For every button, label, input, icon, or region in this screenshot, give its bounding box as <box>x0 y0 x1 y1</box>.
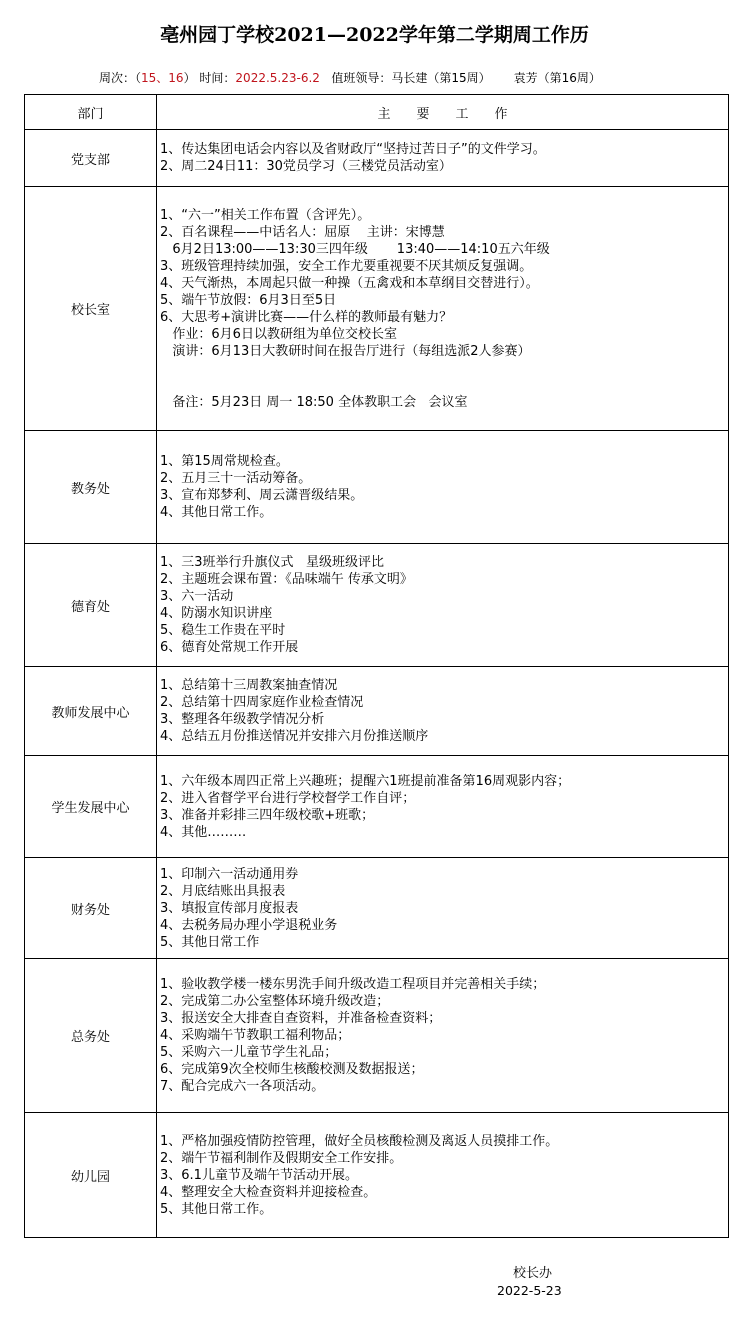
work-item: 1、总结第十三周教案抽查情况 <box>160 677 728 694</box>
table-row: 财务处1、印制六一活动通用券2、月底结账出具报表3、填报宣传部月度报表4、去税务… <box>25 858 729 959</box>
work-cell: 1、严格加强疫情防控管理，做好全员核酸检测及离返人员摸排工作。2、端午节福利制作… <box>157 1113 729 1238</box>
header-work-label: 主要工作 <box>351 107 533 122</box>
work-item: 3、六一活动 <box>160 588 728 605</box>
week-value: 15、16 <box>141 71 184 85</box>
dept-cell: 教务处 <box>25 431 157 544</box>
table-header-row: 部门 主要工作 <box>25 95 729 130</box>
work-item: 4、防溺水知识讲座 <box>160 605 728 622</box>
table-row: 教师发展中心1、总结第十三周教案抽查情况2、总结第十四周家庭作业检查情况3、整理… <box>25 667 729 756</box>
work-item: 6、完成第9次全校师生核酸校测及数据报送； <box>160 1061 728 1078</box>
dept-cell: 德育处 <box>25 544 157 667</box>
work-item: 5、其他日常工作 <box>160 934 728 951</box>
dept-cell: 教师发展中心 <box>25 667 157 756</box>
work-item: 4、其他日常工作。 <box>160 504 728 521</box>
work-item: 7、配合完成六一各项活动。 <box>160 1078 728 1095</box>
work-item: 2、主题班会课布置：《品味端午 传承文明》 <box>160 571 728 588</box>
work-item <box>160 377 728 394</box>
table-body: 党支部1、传达集团电话会内容以及省财政厅“坚持过苦日子”的文件学习。2、周二24… <box>25 130 729 1238</box>
work-cell: 1、验收教学楼一楼东男洗手间升级改造工程项目并完善相关手续；2、完成第二办公室整… <box>157 959 729 1113</box>
duty-leader-week15: 马长建（第15周） <box>391 71 490 85</box>
duty-label: 值班领导： <box>331 71 391 85</box>
work-item: 6、德育处常规工作开展 <box>160 639 728 656</box>
work-item: 1、“六一”相关工作布置（含评先）。 <box>160 207 728 224</box>
work-item: 2、月底结账出具报表 <box>160 883 728 900</box>
footer-org: 校长办 <box>513 1262 552 1281</box>
work-item: 2、端午节福利制作及假期安全工作安排。 <box>160 1150 728 1167</box>
work-item: 3、6.1儿童节及端午节活动开展。 <box>160 1167 728 1184</box>
work-item: 1、三3班举行升旗仪式 星级班级评比 <box>160 554 728 571</box>
work-item: 1、验收教学楼一楼东男洗手间升级改造工程项目并完善相关手续； <box>160 976 728 993</box>
dept-cell: 学生发展中心 <box>25 756 157 858</box>
work-item: 4、整理安全大检查资料并迎接检查。 <box>160 1184 728 1201</box>
work-item: 4、总结五月份推送情况并安排六月份推送顺序 <box>160 728 728 745</box>
work-item: 3、填报宣传部月度报表 <box>160 900 728 917</box>
header-work: 主要工作 <box>157 95 729 130</box>
work-item: 2、总结第十四周家庭作业检查情况 <box>160 694 728 711</box>
dept-cell: 幼儿园 <box>25 1113 157 1238</box>
week-close: ） <box>184 71 196 85</box>
work-item: 4、其他……… <box>160 824 728 841</box>
header-dept: 部门 <box>25 95 157 130</box>
week-label: 周次：（ <box>99 71 141 85</box>
dept-cell: 党支部 <box>25 130 157 187</box>
dept-cell: 总务处 <box>25 959 157 1113</box>
work-calendar-table: 部门 主要工作 党支部1、传达集团电话会内容以及省财政厅“坚持过苦日子”的文件学… <box>24 94 729 1238</box>
work-item: 2、进入省督学平台进行学校督学工作自评； <box>160 790 728 807</box>
work-item: 6、大思考+演讲比赛——什么样的教师最有魅力？ <box>160 309 728 326</box>
work-cell: 1、“六一”相关工作布置（含评先）。2、百名课程——中话名人：屈原 主讲：宋博慧… <box>157 187 729 431</box>
work-cell: 1、印制六一活动通用券2、月底结账出具报表3、填报宣传部月度报表4、去税务局办理… <box>157 858 729 959</box>
work-item <box>160 360 728 377</box>
work-item: 5、稳生工作贵在平时 <box>160 622 728 639</box>
work-item: 6月2日13:00——13:30三四年级 13:40——14:10五六年级 <box>160 241 728 258</box>
table-row: 学生发展中心1、六年级本周四正常上兴趣班；提醒六1班提前准备第16周观影内容；2… <box>25 756 729 858</box>
work-item: 3、班级管理持续加强，安全工作尤要重视要不厌其烦反复强调。 <box>160 258 728 275</box>
work-cell: 1、六年级本周四正常上兴趣班；提醒六1班提前准备第16周观影内容；2、进入省督学… <box>157 756 729 858</box>
table-row: 德育处1、三3班举行升旗仪式 星级班级评比2、主题班会课布置：《品味端午 传承文… <box>25 544 729 667</box>
footer-date: 2022-5-23 <box>497 1283 562 1298</box>
work-item: 2、五月三十一活动筹备。 <box>160 470 728 487</box>
table-row: 教务处1、第15周常规检查。2、五月三十一活动筹备。3、宣布郑梦利、周云潇晋级结… <box>25 431 729 544</box>
work-item: 2、百名课程——中话名人：屈原 主讲：宋博慧 <box>160 224 728 241</box>
work-cell: 1、总结第十三周教案抽查情况2、总结第十四周家庭作业检查情况3、整理各年级教学情… <box>157 667 729 756</box>
work-item: 4、天气渐热，本周起只做一种操（五禽戏和本草纲目交替进行）。 <box>160 275 728 292</box>
work-item: 4、去税务局办理小学退税业务 <box>160 917 728 934</box>
work-item: 1、印制六一活动通用券 <box>160 866 728 883</box>
work-item: 3、整理各年级教学情况分析 <box>160 711 728 728</box>
work-item: 3、准备并彩排三四年级校歌+班歌； <box>160 807 728 824</box>
work-item: 2、完成第二办公室整体环境升级改造； <box>160 993 728 1010</box>
work-item: 5、端午节放假：6月3日至5日 <box>160 292 728 309</box>
schedule-meta: 周次：（15、16） 时间：2022.5.23-6.2 值班领导：马长建（第15… <box>99 69 601 86</box>
duty-leader-week16: 袁芳（第16周） <box>514 71 601 85</box>
document-title: 亳州园丁学校2021—2022学年第二学期周工作历 <box>0 20 749 47</box>
work-item: 2、周二24日11：30党员学习（三楼党员活动室） <box>160 158 728 175</box>
table-row: 校长室1、“六一”相关工作布置（含评先）。2、百名课程——中话名人：屈原 主讲：… <box>25 187 729 431</box>
work-item: 1、第15周常规检查。 <box>160 453 728 470</box>
work-item: 4、采购端午节教职工福利物品； <box>160 1027 728 1044</box>
table-row: 总务处1、验收教学楼一楼东男洗手间升级改造工程项目并完善相关手续；2、完成第二办… <box>25 959 729 1113</box>
work-item: 作业：6月6日以教研组为单位交校长室 <box>160 326 728 343</box>
dept-cell: 财务处 <box>25 858 157 959</box>
work-item: 5、采购六一儿童节学生礼品； <box>160 1044 728 1061</box>
work-item: 1、传达集团电话会内容以及省财政厅“坚持过苦日子”的文件学习。 <box>160 141 728 158</box>
work-item: 3、报送安全大排查自查资料，并准备检查资料； <box>160 1010 728 1027</box>
work-item: 演讲：6月13日大教研时间在报告厅进行（每组选派2人参赛） <box>160 343 728 360</box>
work-item: 5、其他日常工作。 <box>160 1201 728 1218</box>
table-row: 党支部1、传达集团电话会内容以及省财政厅“坚持过苦日子”的文件学习。2、周二24… <box>25 130 729 187</box>
time-value: 2022.5.23-6.2 <box>235 71 320 85</box>
dept-cell: 校长室 <box>25 187 157 431</box>
work-item: 1、六年级本周四正常上兴趣班；提醒六1班提前准备第16周观影内容； <box>160 773 728 790</box>
work-cell: 1、三3班举行升旗仪式 星级班级评比2、主题班会课布置：《品味端午 传承文明》3… <box>157 544 729 667</box>
work-item: 1、严格加强疫情防控管理，做好全员核酸检测及离返人员摸排工作。 <box>160 1133 728 1150</box>
work-item: 3、宣布郑梦利、周云潇晋级结果。 <box>160 487 728 504</box>
table-row: 幼儿园1、严格加强疫情防控管理，做好全员核酸检测及离返人员摸排工作。2、端午节福… <box>25 1113 729 1238</box>
work-cell: 1、传达集团电话会内容以及省财政厅“坚持过苦日子”的文件学习。2、周二24日11… <box>157 130 729 187</box>
work-item: 备注：5月23日 周一 18:50 全体教职工会 会议室 <box>160 394 728 411</box>
time-label: 时间： <box>199 71 235 85</box>
work-cell: 1、第15周常规检查。2、五月三十一活动筹备。3、宣布郑梦利、周云潇晋级结果。4… <box>157 431 729 544</box>
